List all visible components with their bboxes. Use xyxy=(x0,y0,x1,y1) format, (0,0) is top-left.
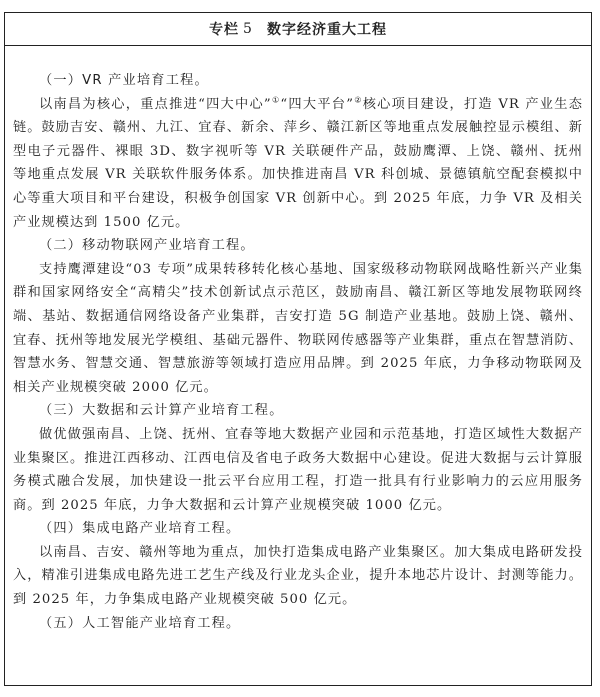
section-heading-iot: （二）移动物联网产业培育工程。 xyxy=(13,234,583,258)
box-body: （一）VR 产业培育工程。 以南昌为核心，重点推进“四大中心”①“四大平台”②核… xyxy=(5,46,591,635)
footnote-marker[interactable]: ② xyxy=(354,95,363,104)
section-heading-bigdata: （三）大数据和云计算产业培育工程。 xyxy=(13,399,583,423)
box-title-number: 5 xyxy=(243,21,253,37)
section-paragraph-vr: 以南昌为核心，重点推进“四大中心”①“四大平台”②核心项目建设，打造 VR 产业… xyxy=(13,93,583,235)
section-paragraph-bigdata: 做优做强南昌、上饶、抚州、宜春等地大数据产业园和示范基地，打造区域性大数据产业集… xyxy=(13,423,583,517)
section-heading-ai: （五）人工智能产业培育工程。 xyxy=(13,612,583,636)
feature-box: 专栏 5 数字经济重大工程 （一）VR 产业培育工程。 以南昌为核心，重点推进“… xyxy=(4,12,592,686)
section-paragraph-ic: 以南昌、吉安、赣州等地为重点，加快打造集成电路产业集聚区。加大集成电路研发投入，… xyxy=(13,541,583,612)
paragraph-text: 以南昌为核心，重点推进“四大中心” xyxy=(39,97,272,112)
paragraph-text: “四大平台” xyxy=(280,97,354,112)
box-header: 专栏 5 数字经济重大工程 xyxy=(5,13,591,46)
section-heading-ic: （四）集成电路产业培育工程。 xyxy=(13,517,583,541)
paragraph-text: 核心项目建设，打造 VR 产业生态链。鼓励吉安、赣州、九江、宜春、新余、萍乡、赣… xyxy=(13,97,583,230)
section-heading-vr: （一）VR 产业培育工程。 xyxy=(13,69,583,93)
box-title: 数字经济重大工程 xyxy=(267,19,387,39)
box-title-prefix: 专栏 xyxy=(209,19,239,39)
section-paragraph-iot: 支持鹰潭建设“03 专项”成果转移转化核心基地、国家级移动物联网战略性新兴产业集… xyxy=(13,258,583,400)
